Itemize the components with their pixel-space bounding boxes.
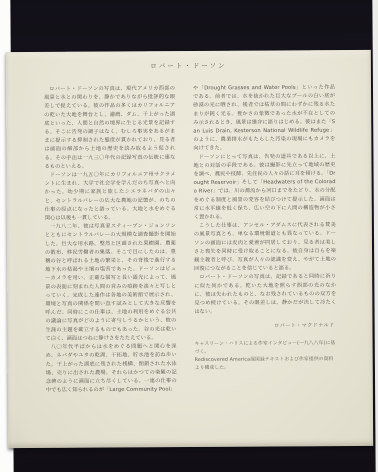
author-signature: ロバート・マクドナルド	[194, 322, 336, 330]
book-photograph: ロバート・ドーソン ロバート・ドーソンの写真は、現代アメリカ西部の風景と水との関…	[0, 0, 378, 472]
paragraph: 八〇年代半ばからは水をめぐる問題へと関心を深め、ネバダやユタの乾湖、干拓地、貯水…	[46, 342, 177, 394]
paragraph: ドーソンにとって写真は、告発の道具である以上に、土地との対話の手段である。彼は撮…	[193, 152, 335, 222]
paragraph: ドーソンは一九五〇年にカリフォルニア州サクラメントに生まれ、大学で社会学を学んだ…	[45, 170, 176, 222]
paragraph: ロバート・ドーソンの写真は、現代アメリカ西部の風景と水との関わりを、静かでありな…	[44, 84, 176, 171]
paragraph: こうした仕事は、アンセル・アダムスに代表される賛美の風景写真とも、単なる環境報道…	[194, 221, 336, 273]
text-column-right: や「Drought Grasses and Water Pools」といった作品…	[193, 83, 337, 469]
text-column-left: ロバート・ドーソンの写真は、現代アメリカ西部の風景と水との関わりを、静かでありな…	[44, 84, 177, 470]
credit-line: キャスリーン・ハリスによる作家インタビュー(一九八八年)に基づく。	[195, 339, 337, 356]
paragraph: や「Drought Grasses and Water Pools」といった作品…	[193, 83, 335, 153]
paragraph: 一九八二年、彼は写真家スティーブン・ジョンソンとともにセントラルバレーの大規模な…	[45, 222, 177, 343]
essay-text-block: ロバート・ドーソンの写真は、現代アメリカ西部の風景と水との関わりを、静かでありな…	[44, 83, 338, 470]
paragraph: ロバート・ドーソンの写真は、記録であると同時に祈りに似た何かである。乾いた大地を…	[194, 272, 336, 316]
credit-line: Rediscovered America展図録テキストおよび作家提供の資料より構…	[195, 355, 337, 372]
credits: キャスリーン・ハリスによる作家インタビュー(一九八八年)に基づく。Redisco…	[195, 339, 337, 372]
page-title: ロバート・ドーソン	[6, 60, 371, 71]
book-page: ロバート・ドーソン ロバート・ドーソンの写真は、現代アメリカ西部の風景と水との関…	[6, 50, 373, 448]
